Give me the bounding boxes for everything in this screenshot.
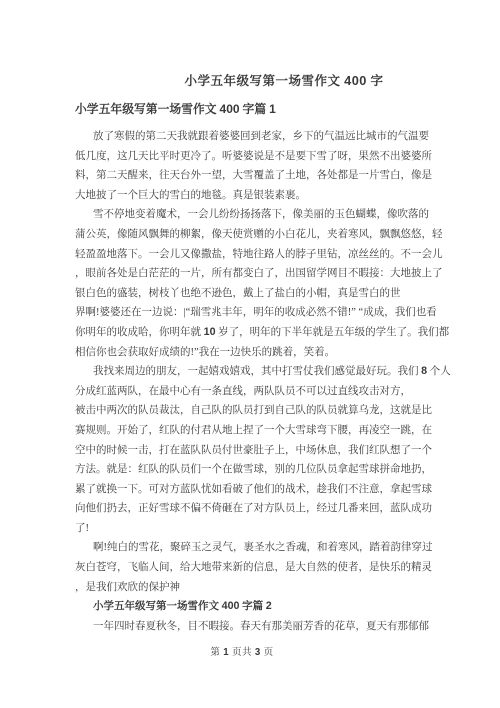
essay-line: 一年四时春夏秋冬，目不暇接。春天有那美丽芳香的花草，夏天有那郁郁: [75, 617, 427, 637]
section1-heading: 小学五年级写第一场雪作文 400 字篇 1: [75, 100, 276, 117]
essay-line: 空中的时候一击，打在蓝队队员付世豪肚子上，中场休息，我们红队想了一个: [75, 441, 427, 461]
document-title: 小学五年级写第一场雪作文 400 字: [0, 71, 500, 89]
essay-line: 分成红蓝两队，在最中心有一条直线，两队队员不可以过直线攻击对方，: [75, 382, 427, 402]
essay-line: 轻盈盈地落下。一会儿又像撒盐，特地往路人的脖子里钻，凉丝丝的。不一会儿: [75, 245, 427, 265]
essay-line: 被击中两次的队员裁汰，自己队的队员打到自己队的队员就算乌龙，这就是比: [75, 401, 427, 421]
essay-line: 方法。就是：红队的队员们一个在做雪球，别的几位队员拿起雪球拼命地扔，: [75, 460, 427, 480]
document-page: 小学五年级写第一场雪作文 400 字 小学五年级写第一场雪作文 400 字篇 1…: [0, 0, 500, 708]
essay-line: 低几度，这几天比平时更冷了。听婆婆说是不是要下雪了呀，果然不出婆婆所: [75, 147, 427, 167]
essay-line: 累了就换一下。可对方蓝队忧如看破了他们的战术，趁我们不注意，拿起雪球: [75, 480, 427, 500]
essay-line: 赛规则。开始了，红队的付君从地上捏了一个大雪球弯下腰，再凌空一跳，在: [75, 421, 427, 441]
essay-line: 了!: [75, 519, 427, 539]
essay-line: 雪不停地变着魔术，一会儿纷纷扬扬落下，像美丽的玉色蝴蝶，像吹落的: [75, 205, 427, 225]
essay-line: 灰白苍穹，飞临人间，给大地带来新的信息，是大自然的使者，是快乐的精灵: [75, 558, 427, 578]
essay-line: 银白色的盛装，树枝丫也绝不逊色，戴上了盐白的小帽，真是雪白的世: [75, 284, 427, 304]
essay-line: 相信你也会获取好成绩的!”我在一边快乐的跳着，笑着。: [75, 343, 427, 363]
essay-line: 料，第二天醒来，往天台外一望，大雪覆盖了土地，各处都是一片雪白，像是: [75, 166, 427, 186]
essay-body: 放了寒假的第二天我就跟着婆婆回到老家，乡下的气温远比城市的气温要低几度，这几天比…: [75, 127, 427, 636]
essay-line: 小学五年级写第一场雪作文 400 字篇 2: [75, 597, 427, 617]
essay-line: 放了寒假的第二天我就跟着婆婆回到老家，乡下的气温远比城市的气温要: [75, 127, 427, 147]
essay-line: ，眼前各处是白茫茫的一片，所有都变白了，出国留学网目不暇接：大地披上了: [75, 264, 427, 284]
essay-line: 你明年的收成哈，你明年就 10 岁了，明年的下半年就是五年级的学生了。我们都: [75, 323, 427, 343]
page-number-footer: 第 1 页共 3 页: [0, 644, 484, 658]
essay-line: 蒲公英，像随风飘舞的柳絮，像天使赏赠的小白花儿，夹着寒风，飘飘悠悠，轻: [75, 225, 427, 245]
essay-line: ，是我们欢欣的保护神: [75, 578, 427, 598]
essay-line: 界啊!婆婆还在一边说：|“瑞雪兆丰年，明年的收成必然不错!” “成成，我们也看: [75, 303, 427, 323]
essay-line: 我找来周边的朋友，一起嬉戏嬉戏，其中打雪仗我们感觉最好玩。我们 8 个人: [75, 362, 427, 382]
essay-line: 大地披了一个巨大的雪白的地毯。真是银装素裹。: [75, 186, 427, 206]
essay-line: 向他们扔去，正好雪球不偏不倚砸在了对方队员上，经过几番来回，蓝队成功: [75, 499, 427, 519]
essay-line: 啊!纯白的雪花，聚碎玉之灵气，裹圣水之香魂，和着寒风，踏着韵律穿过: [75, 538, 427, 558]
